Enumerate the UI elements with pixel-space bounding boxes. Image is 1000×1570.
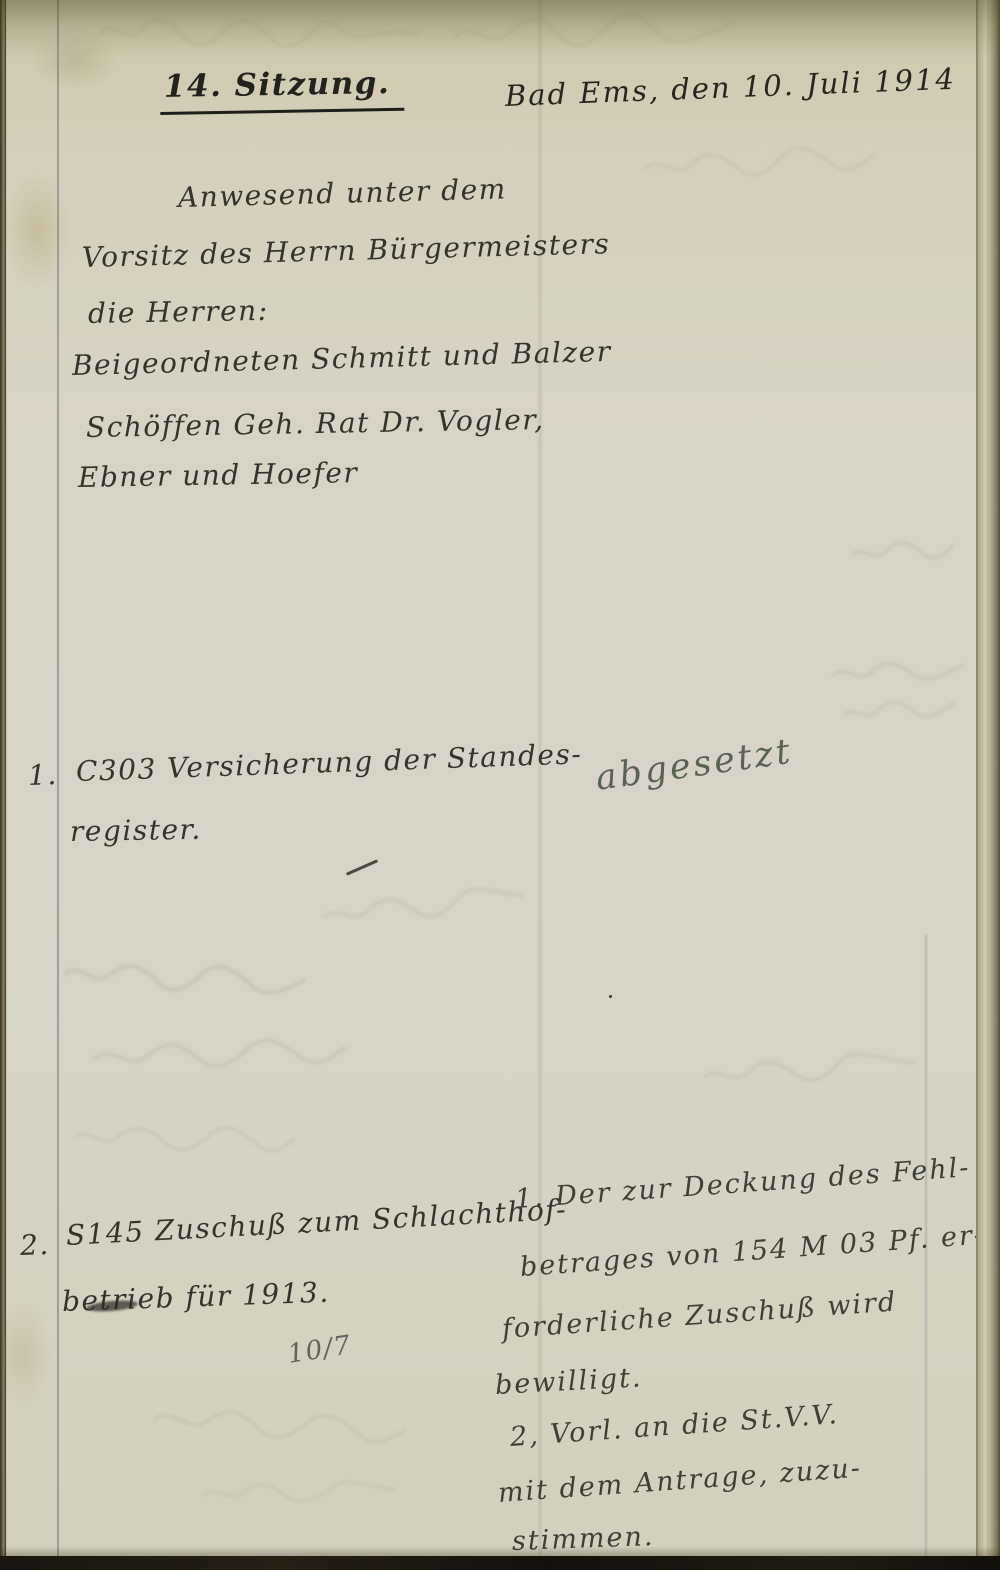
binding-band [0,1556,1000,1570]
ink-dot [609,995,612,998]
attendance-line: Ebner und Hoefer [78,459,359,492]
page-edge-line [976,0,978,1556]
page-edge-highlight [985,0,986,1556]
item-number: 2. [20,1231,51,1260]
item-subject-line: register. [70,816,202,846]
attendance-line: Anwesend unter dem [178,175,507,212]
attendance-line: die Herren: [88,297,269,328]
bleedthrough-ghost [70,1120,301,1158]
attendance-line: Schöffen Geh. Rat Dr. Vogler, [86,406,545,442]
resolution-line: bewilligt. [494,1364,643,1399]
bottom-scan-shadow [0,1546,1000,1556]
item-number: 1. [28,761,59,790]
manuscript-scan: 14. Sitzung. Bad Ems, den 10. Juli 1914 … [0,0,1000,1570]
top-scan-shadow [0,0,1000,58]
session-title: 14. Sitzung. [160,68,405,115]
gutter-edge [0,0,7,1570]
page-edge-stack [976,0,1000,1556]
